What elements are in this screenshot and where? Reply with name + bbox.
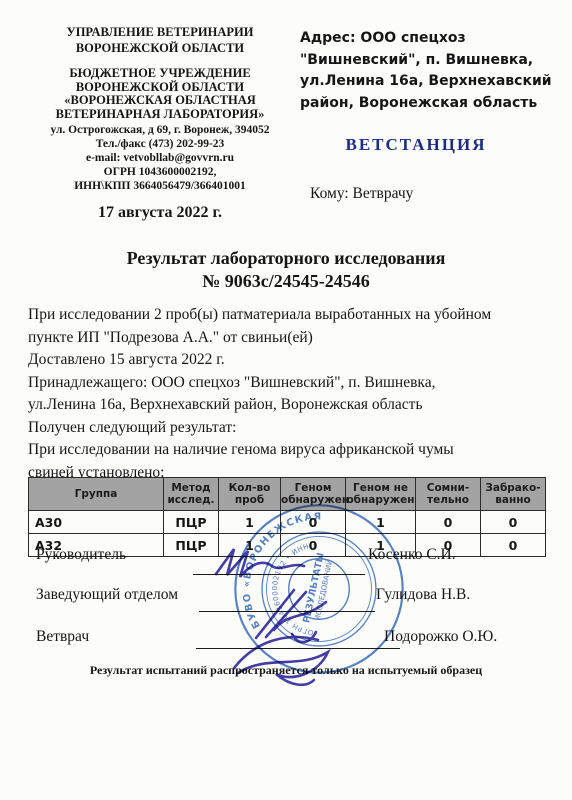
vetstation-stamp: ВЕТСТАНЦИЯ [292, 135, 540, 155]
issuer-institution-line: «ВОРОНЕЖСКАЯ ОБЛАСТНАЯ [22, 94, 298, 108]
signature-role: Ветврач [36, 628, 89, 646]
cell-method: ПЦР [164, 511, 219, 534]
document-title: Результат лабораторного исследования № 9… [0, 247, 572, 292]
issuer-ogrn: ОГРН 1043600002192, [22, 165, 298, 179]
issuer-contacts: ул. Острогожская, д 69, г. Воронеж, 3940… [22, 123, 298, 193]
signature-stroke-3 [234, 637, 328, 685]
column-header-doubtful: Сомни- тельно [416, 478, 481, 511]
body-line: пункте ИП "Подрезова А.А." от свиньи(ей) [28, 327, 548, 350]
report-body: При исследовании 2 проб(ы) патматериала … [28, 304, 548, 484]
recipient-address-line: ул.Ленина 16а, Верхнехавский [300, 71, 558, 93]
recipient-address-line: Адрес: ООО спецхоз [300, 28, 558, 50]
issuer-email: e-mail: vetvobllab@govvrn.ru [22, 151, 298, 165]
body-line: Доставлено 15 августа 2022 г. [28, 349, 548, 372]
cell-rejected: 0 [481, 511, 546, 534]
column-header-rejected: Забрако- ванно [481, 478, 546, 511]
issuer-inn-kpp: ИНН\КПП 3664056479/366401001 [22, 179, 298, 193]
body-line: Получен следующий результат: [28, 417, 548, 440]
issuer-department-line: УПРАВЛЕНИЕ ВЕТЕРИНАРИИ [22, 25, 298, 41]
signature-role: Заведующий отделом [36, 586, 178, 604]
recipient-address-line: район, Воронежская область [300, 93, 558, 115]
document-title-line: Результат лабораторного исследования [0, 247, 572, 270]
issuer-department: УПРАВЛЕНИЕ ВЕТЕРИНАРИИ ВОРОНЕЖСКОЙ ОБЛАС… [22, 25, 298, 56]
column-header-group: Группа [29, 478, 164, 511]
body-line: При исследовании на наличие генома вирус… [28, 439, 548, 462]
signature-stroke-1 [216, 549, 304, 577]
issuer-block: УПРАВЛЕНИЕ ВЕТЕРИНАРИИ ВОРОНЕЖСКОЙ ОБЛАС… [22, 25, 298, 193]
signature-ink [180, 540, 430, 690]
signature-role: Руководитель [36, 546, 126, 564]
issuer-institution-line: БЮДЖЕТНОЕ УЧРЕЖДЕНИЕ [22, 67, 298, 81]
scanned-lab-report: УПРАВЛЕНИЕ ВЕТЕРИНАРИИ ВОРОНЕЖСКОЙ ОБЛАС… [0, 0, 572, 800]
body-line: Принадлежащего: ООО спецхоз "Вишневский"… [28, 372, 548, 395]
issuer-institution: БЮДЖЕТНОЕ УЧРЕЖДЕНИЕ ВОРОНЕЖСКОЙ ОБЛАСТИ… [22, 67, 298, 121]
column-header-method: Метод исслед. [164, 478, 219, 511]
issuer-street: ул. Острогожская, д 69, г. Воронеж, 3940… [22, 123, 298, 137]
recipient-address: Адрес: ООО спецхоз "Вишневский", п. Вишн… [300, 28, 558, 114]
document-date: 17 августа 2022 г. [22, 204, 298, 222]
issuer-institution-line: ВЕТЕРИНАРНАЯ ЛАБОРАТОРИЯ» [22, 108, 298, 122]
body-line: ул.Ленина 16а, Верхнехавский район, Воро… [28, 394, 548, 417]
recipient-line: Кому: Ветврачу [310, 185, 413, 203]
recipient-address-line: "Вишневский", п. Вишневка, [300, 50, 558, 72]
issuer-institution-line: ВОРОНЕЖСКОЙ ОБЛАСТИ [22, 81, 298, 95]
cell-doubtful: 0 [416, 511, 481, 534]
issuer-phone: Тел./факс (473) 202-99-23 [22, 137, 298, 151]
cell-rejected: 0 [481, 534, 546, 557]
issuer-department-line: ВОРОНЕЖСКОЙ ОБЛАСТИ [22, 41, 298, 57]
cell-group: А30 [29, 511, 164, 534]
body-line: При исследовании 2 проб(ы) патматериала … [28, 304, 548, 327]
document-number: № 9063с/24545-24546 [0, 270, 572, 293]
signature-stroke-2 [256, 590, 326, 642]
